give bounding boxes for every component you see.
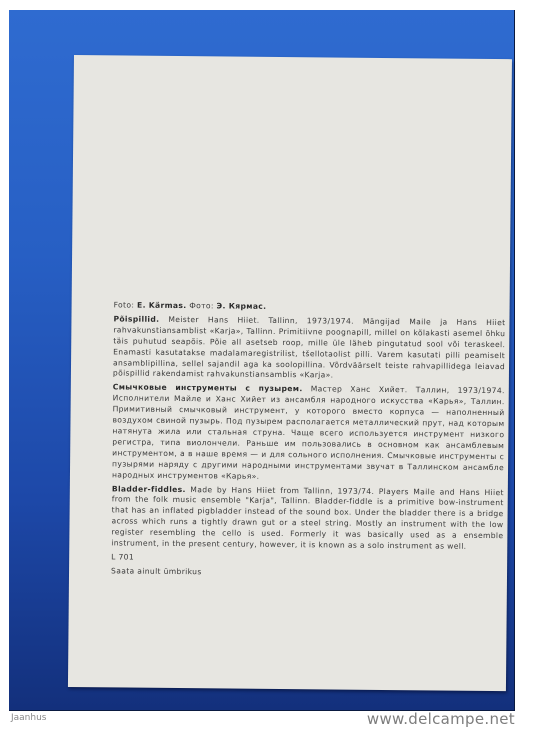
credit-label-ru: Фото: bbox=[189, 301, 214, 310]
english-title: Bladder-fiddles. bbox=[112, 484, 186, 494]
seller-watermark: Jaanhus bbox=[11, 713, 47, 723]
credit-name-ru: Э. Кярмас. bbox=[217, 301, 267, 310]
mailing-note: Saata ainult ümbrikus bbox=[111, 566, 503, 581]
russian-title: Смычковые инструменты с пузырем. bbox=[113, 383, 303, 394]
estonian-description: Põispillid. Meister Hans Hiiet. Tallinn,… bbox=[113, 314, 506, 383]
russian-description: Смычковые инструменты с пузырем. Мастер … bbox=[112, 383, 505, 485]
russian-body: Мастер Ханс Хийет. Таллин, 1973/1974. Ис… bbox=[112, 385, 505, 481]
estonian-title: Põispillid. bbox=[113, 314, 159, 323]
photo-credit: Foto: E. Kärmas. Фото: Э. Кярмас. bbox=[114, 300, 506, 315]
postcard-back: Foto: E. Kärmas. Фото: Э. Кярмас. Põispi… bbox=[68, 55, 512, 691]
estonian-body: Meister Hans Hiiet. Tallinn, 1973/1974. … bbox=[113, 315, 506, 380]
postcard-text: Foto: E. Kärmas. Фото: Э. Кярмас. Põispi… bbox=[111, 300, 506, 583]
scanned-photo-background: Foto: E. Kärmas. Фото: Э. Кярмас. Põispi… bbox=[9, 10, 515, 711]
english-description: Bladder-fiddles. Made by Hans Hiiet from… bbox=[111, 484, 504, 553]
credit-label-et: Foto: bbox=[114, 300, 135, 309]
card-code: L 701 bbox=[111, 552, 503, 567]
english-body: Made by Hans Hiiet from Tallinn, 1973/74… bbox=[111, 485, 504, 551]
credit-name-et: E. Kärmas. bbox=[137, 301, 187, 310]
site-watermark: www.delcampe.net bbox=[367, 710, 515, 728]
